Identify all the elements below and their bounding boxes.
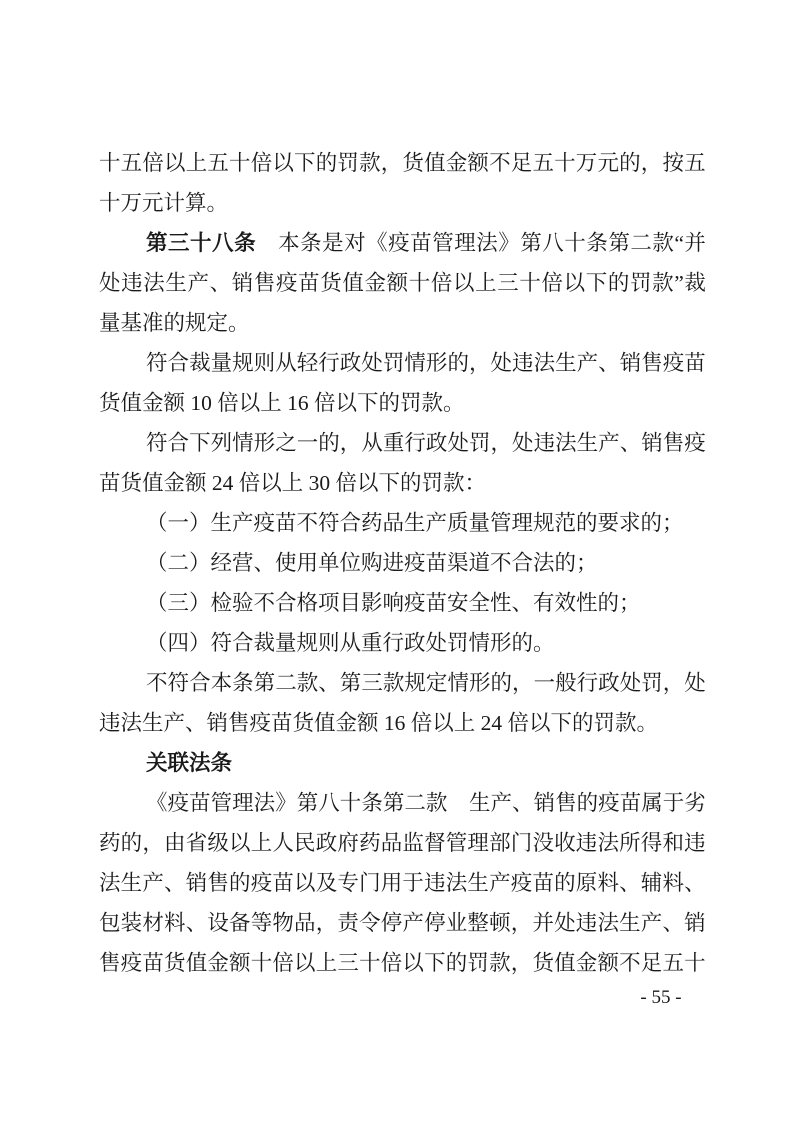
text-line: （四）符合裁量规则从重行政处罚情形的。 [99,623,706,663]
text-line: 十五倍以上五十倍以下的罚款，货值金额不足五十万元的，按五 [99,143,706,183]
text-line: 关联法条 [99,743,706,783]
text-line: 符合裁量规则从轻行政处罚情形的，处违法生产、销售疫苗 [99,343,706,383]
text-line: 法生产、销售的疫苗以及专门用于违法生产疫苗的原料、辅料、 [99,863,706,903]
text-line: 货值金额 10 倍以上 16 倍以下的罚款。 [99,383,706,423]
text-line: 药的，由省级以上人民政府药品监督管理部门没收违法所得和违 [99,823,706,863]
bold-term: 关联法条 [146,751,232,775]
text-line: （三）检验不合格项目影响疫苗安全性、有效性的； [99,583,706,623]
document-page: 十五倍以上五十倍以下的罚款，货值金额不足五十万元的，按五十万元计算。第三十八条 … [0,0,793,1122]
page-number: - 55 - [622,985,700,1011]
text-line: 不符合本条第二款、第三款规定情形的，一般行政处罚，处 [99,663,706,703]
text-line: 符合下列情形之一的，从重行政处罚，处违法生产、销售疫 [99,423,706,463]
text-line: 量基准的规定。 [99,303,706,343]
bold-term: 十 [190,223,212,263]
text-line: （一）生产疫苗不符合药品生产质量管理规范的要求的； [99,503,706,543]
text-line: 包装材料、设备等物品，责令停产停业整顿，并处违法生产、销 [99,903,706,943]
text-line: 第三十八条 本条是对《疫苗管理法》第八十条第二款“并 [99,223,706,263]
text-line: 苗货值金额 24 倍以上 30 倍以下的罚款： [99,463,706,503]
text-block: 十五倍以上五十倍以下的罚款，货值金额不足五十万元的，按五十万元计算。第三十八条 … [99,143,706,983]
bold-term: 八 [212,223,234,263]
text-line: 十万元计算。 [99,183,706,223]
text-line: 《疫苗管理法》第八十条第二款 生产、销售的疫苗属于劣 [99,783,706,823]
text-line: 违法生产、销售疫苗货值金额 16 倍以上 24 倍以下的罚款。 [99,703,706,743]
bold-term: 三 [168,223,190,263]
bold-term: 条 [234,223,256,263]
bold-term: 第 [146,223,168,263]
text-line: （二）经营、使用单位购进疫苗渠道不合法的； [99,543,706,583]
text-line: 处违法生产、销售疫苗货值金额十倍以上三十倍以下的罚款”裁 [99,263,706,303]
text-line: 售疫苗货值金额十倍以上三十倍以下的罚款，货值金额不足五十 [99,943,706,983]
